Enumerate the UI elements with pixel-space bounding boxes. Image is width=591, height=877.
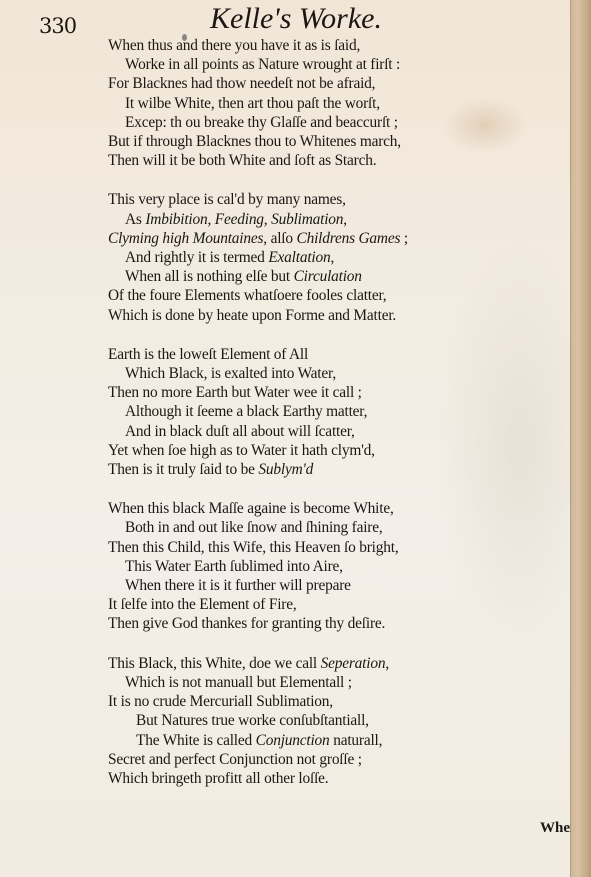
verse-text: For Blacknes had thow needeſt not be afr…	[108, 75, 375, 92]
verse-line: Earth is the loweſt Element of All	[108, 345, 488, 364]
verse-text: When there it is it further will prepare	[125, 577, 351, 594]
verse-line: Clyming high Mountaines, alſo Childrens …	[108, 229, 488, 248]
verse-line: Excep: th ou breake thy Glaſſe and beacc…	[108, 113, 488, 132]
italic-term: Childrens Games	[297, 230, 401, 247]
verse-line: Both in and out like ſnow and ſhining fa…	[108, 518, 488, 537]
verse-line: Which bringeth profitt all other loſſe.	[108, 769, 488, 788]
italic-term: Conjunction	[256, 732, 330, 749]
verse-line: Of the foure Elements whatſoere fooles c…	[108, 286, 488, 305]
verse-line: The White is called Conjunction naturall…	[108, 731, 488, 750]
verse-line: This Water Earth ſublimed into Aire,	[108, 557, 488, 576]
verse-line: It is no crude Mercuriall Sublimation,	[108, 692, 488, 711]
verse-text: Then no more Earth but Water wee it call…	[108, 384, 362, 401]
verse-line: Which Black, is exalted into Water,	[108, 364, 488, 383]
verse-text: When this black Maſſe againe is become W…	[108, 500, 394, 517]
verse-text: ,	[330, 249, 334, 266]
verse-line: Then no more Earth but Water wee it call…	[108, 383, 488, 402]
verse-line: Which is done by heate upon Forme and Ma…	[108, 306, 488, 325]
italic-term: Exaltation	[268, 249, 330, 266]
verse-line: Secret and perfect Conjunction not groſſ…	[108, 750, 488, 769]
stanza: When this black Maſſe againe is become W…	[108, 499, 488, 633]
poem-text: When thus and there you have it as is ſa…	[108, 36, 488, 808]
verse-text: This Water Earth ſublimed into Aire,	[125, 558, 343, 575]
verse-text: Of the foure Elements whatſoere fooles c…	[108, 287, 386, 304]
stanza: When thus and there you have it as is ſa…	[108, 36, 488, 170]
book-gutter	[570, 0, 591, 877]
verse-line: When thus and there you have it as is ſa…	[108, 36, 488, 55]
verse-line: When there it is it further will prepare	[108, 576, 488, 595]
verse-text: It wilbe White, then art thou paſt the w…	[125, 95, 380, 112]
verse-text: And in black duſt all about will ſcatter…	[125, 423, 355, 440]
verse-line: And in black duſt all about will ſcatter…	[108, 422, 488, 441]
verse-text: Then give God thankes for granting thy d…	[108, 615, 385, 632]
verse-text: ,	[385, 655, 389, 672]
verse-text: Earth is the loweſt Element of All	[108, 346, 308, 363]
verse-text: The White is called	[136, 732, 256, 749]
verse-line: As Imbibition, Feeding, Sublimation,	[108, 210, 488, 229]
verse-line: Then give God thankes for granting thy d…	[108, 614, 488, 633]
verse-text: ;	[400, 230, 408, 247]
verse-text: Then will it be both White and ſoft as S…	[108, 152, 376, 169]
verse-text: As	[125, 211, 145, 228]
verse-line: Then is it truly ſaid to be Sublym'd	[108, 460, 488, 479]
verse-text: This Black, this White, doe we call	[108, 655, 321, 672]
verse-line: Then this Child, this Wife, this Heaven …	[108, 538, 488, 557]
italic-term: Sublym'd	[258, 461, 313, 478]
verse-text: Although it ſeeme a black Earthy matter,	[125, 403, 367, 420]
catchword: When	[540, 820, 571, 837]
book-page: 330 Kelle's Worke. When thus and there y…	[0, 0, 591, 877]
verse-text: , alſo	[263, 230, 296, 247]
verse-text: But Natures true worke conſubſtantiall,	[136, 712, 369, 729]
verse-line: For Blacknes had thow needeſt not be afr…	[108, 74, 488, 93]
italic-term: Seperation	[321, 655, 386, 672]
italic-term: Clyming high Mountaines	[108, 230, 263, 247]
verse-line: And rightly it is termed Exaltation,	[108, 248, 488, 267]
verse-text: It ſelfe into the Element of Fire,	[108, 596, 297, 613]
verse-line: Although it ſeeme a black Earthy matter,	[108, 402, 488, 421]
verse-line: This very place is cal'd by many names,	[108, 190, 488, 209]
italic-term: Imbibition, Feeding, Sublimation	[145, 211, 343, 228]
stanza: Earth is the loweſt Element of AllWhich …	[108, 345, 488, 479]
verse-line: Yet when ſoe high as to Water it hath cl…	[108, 441, 488, 460]
verse-line: Then will it be both White and ſoft as S…	[108, 151, 488, 170]
verse-text: Then this Child, this Wife, this Heaven …	[108, 539, 398, 556]
verse-line: It ſelfe into the Element of Fire,	[108, 595, 488, 614]
verse-line: But Natures true worke conſubſtantiall,	[108, 711, 488, 730]
stanza: This very place is cal'd by many names,A…	[108, 190, 488, 324]
verse-text: It is no crude Mercuriall Sublimation,	[108, 693, 333, 710]
verse-text: Which Black, is exalted into Water,	[125, 365, 336, 382]
verse-line: When all is nothing elſe but Circulation	[108, 267, 488, 286]
verse-line: It wilbe White, then art thou paſt the w…	[108, 94, 488, 113]
stanza: This Black, this White, doe we call Sepe…	[108, 654, 488, 788]
verse-line: This Black, this White, doe we call Sepe…	[108, 654, 488, 673]
verse-text: Excep: th ou breake thy Glaſſe and beacc…	[125, 114, 398, 131]
verse-text: naturall,	[330, 732, 383, 749]
verse-text: Both in and out like ſnow and ſhining fa…	[125, 519, 383, 536]
verse-text: Yet when ſoe high as to Water it hath cl…	[108, 442, 375, 459]
verse-text: But if through Blacknes thou to Whitenes…	[108, 133, 401, 150]
verse-text: And rightly it is termed	[125, 249, 268, 266]
verse-text: Then is it truly ſaid to be	[108, 461, 258, 478]
italic-term: Circulation	[294, 268, 362, 285]
verse-text: When all is nothing elſe but	[125, 268, 294, 285]
verse-line: But if through Blacknes thou to Whitenes…	[108, 132, 488, 151]
verse-line: Worke in all points as Nature wrought at…	[108, 55, 488, 74]
page-number: 330	[39, 14, 76, 38]
verse-text: When thus and there you have it as is ſa…	[108, 37, 360, 54]
verse-text: ,	[343, 211, 347, 228]
running-head: Kelle's Worke.	[210, 2, 382, 36]
verse-text: Which is not manuall but Elementall ;	[125, 674, 352, 691]
verse-text: This very place is cal'd by many names,	[108, 191, 346, 208]
verse-text: Which is done by heate upon Forme and Ma…	[108, 307, 396, 324]
verse-text: Secret and perfect Conjunction not groſſ…	[108, 751, 362, 768]
verse-text: Which bringeth profitt all other loſſe.	[108, 770, 328, 787]
verse-line: Which is not manuall but Elementall ;	[108, 673, 488, 692]
verse-text: Worke in all points as Nature wrought at…	[125, 56, 400, 73]
verse-line: When this black Maſſe againe is become W…	[108, 499, 488, 518]
